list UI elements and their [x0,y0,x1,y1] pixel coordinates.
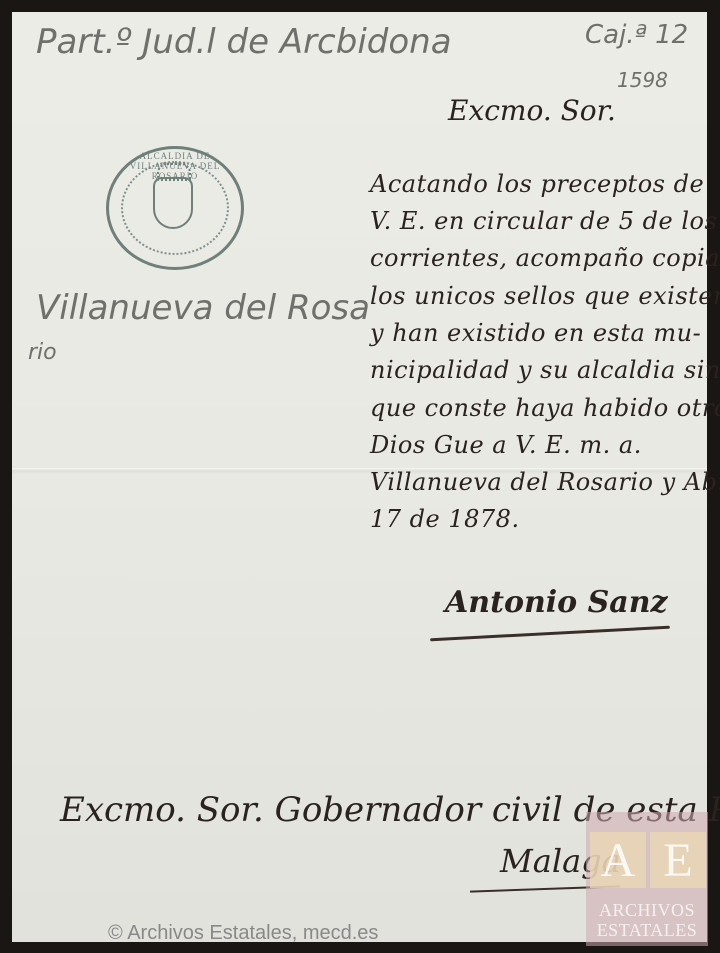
body-line: corrientes, acompaño copia de [370,244,720,272]
body-line: que conste haya habido otros. [370,394,720,422]
signature: Antonio Sanz [445,585,668,620]
pencil-note-judicial-district: Part.º Jud.l de Arcbidona [36,22,452,62]
body-line: V. E. en circular de 5 de los [370,207,717,235]
copyright-watermark: © Archivos Estatales, mecd.es [108,922,378,945]
seal-text: ALCALDIA DE VILLANUEVA DEL ROSARIO [115,151,235,181]
salutation: Excmo. Sor. [448,94,616,127]
body-line: y han existido en esta mu- [370,319,701,347]
logo-label-estatales: ESTATALES [586,920,708,941]
body-line: Dios Gue a V. E. m. a. [370,431,642,459]
body-line-date: 17 de 1878. [370,505,520,533]
pencil-note-box-number: 1598 [617,68,668,92]
body-line: nicipalidad y su alcaldia sin [370,356,720,384]
coat-of-arms-shield-icon [153,177,193,229]
body-line: Acatando los preceptos de [370,170,704,198]
logo-letter-a: A [590,832,646,888]
archivos-estatales-logo: A E ARCHIVOS ESTATALES [586,812,708,946]
body-line: los unicos sellos que existen [370,282,720,310]
pencil-note-place: Villanueva del Rosa [36,288,370,328]
municipal-seal-stamp: ALCALDIA DE VILLANUEVA DEL ROSARIO [106,146,244,270]
body-line: Villanueva del Rosario y Abril [370,468,720,496]
logo-letter-e: E [650,832,706,888]
pencil-note-place-continued: rio [28,340,57,365]
logo-label-archivos: ARCHIVOS [586,900,708,921]
pencil-note-box: Caj.ª 12 [585,20,688,50]
